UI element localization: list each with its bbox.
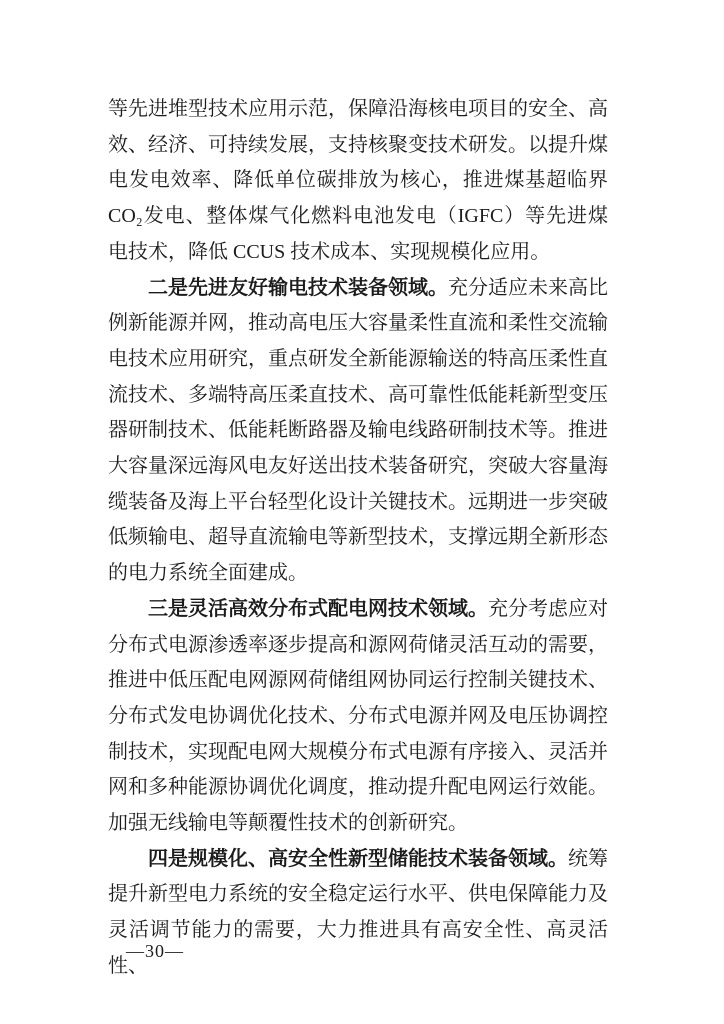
paragraph-transmission-tech-text: 充分适应未来高比例新能源并网，推动高电压大容量柔性直流和柔性交流输电技术应用研究… xyxy=(108,277,608,585)
paragraph-continuation: 等先进堆型技术应用示范，保障沿海核电项目的安全、高效、经济、可持续发展，支持核聚… xyxy=(108,92,608,271)
page-number-footer: —30— xyxy=(126,941,184,962)
paragraph-distribution-grid: 三是灵活高效分布式配电网技术领域。充分考虑应对分布式电源渗透率逐步提高和源网荷储… xyxy=(108,592,608,842)
paragraph-distribution-grid-text: 充分考虑应对分布式电源渗透率逐步提高和源网荷储灵活互动的需要，推进中低压配电网源… xyxy=(108,598,608,834)
page-body-text: 等先进堆型技术应用示范，保障沿海核电项目的安全、高效、经济、可持续发展，支持核聚… xyxy=(108,92,608,985)
paragraph-energy-storage-heading: 四是规模化、高安全性新型储能技术装备领域。 xyxy=(148,848,568,870)
paragraph-distribution-grid-heading: 三是灵活高效分布式配电网技术领域。 xyxy=(148,598,488,620)
document-page: 等先进堆型技术应用示范，保障沿海核电项目的安全、高效、经济、可持续发展，支持核聚… xyxy=(0,0,724,1024)
paragraph-transmission-tech-heading: 二是先进友好输电技术装备领域。 xyxy=(148,277,448,299)
paragraph-transmission-tech: 二是先进友好输电技术装备领域。充分适应未来高比例新能源并网，推动高电压大容量柔性… xyxy=(108,271,608,592)
paragraph-continuation-text: 等先进堆型技术应用示范，保障沿海核电项目的安全、高效、经济、可持续发展，支持核聚… xyxy=(108,98,608,263)
paragraph-energy-storage: 四是规模化、高安全性新型储能技术装备领域。统筹提升新型电力系统的安全稳定运行水平… xyxy=(108,842,608,985)
